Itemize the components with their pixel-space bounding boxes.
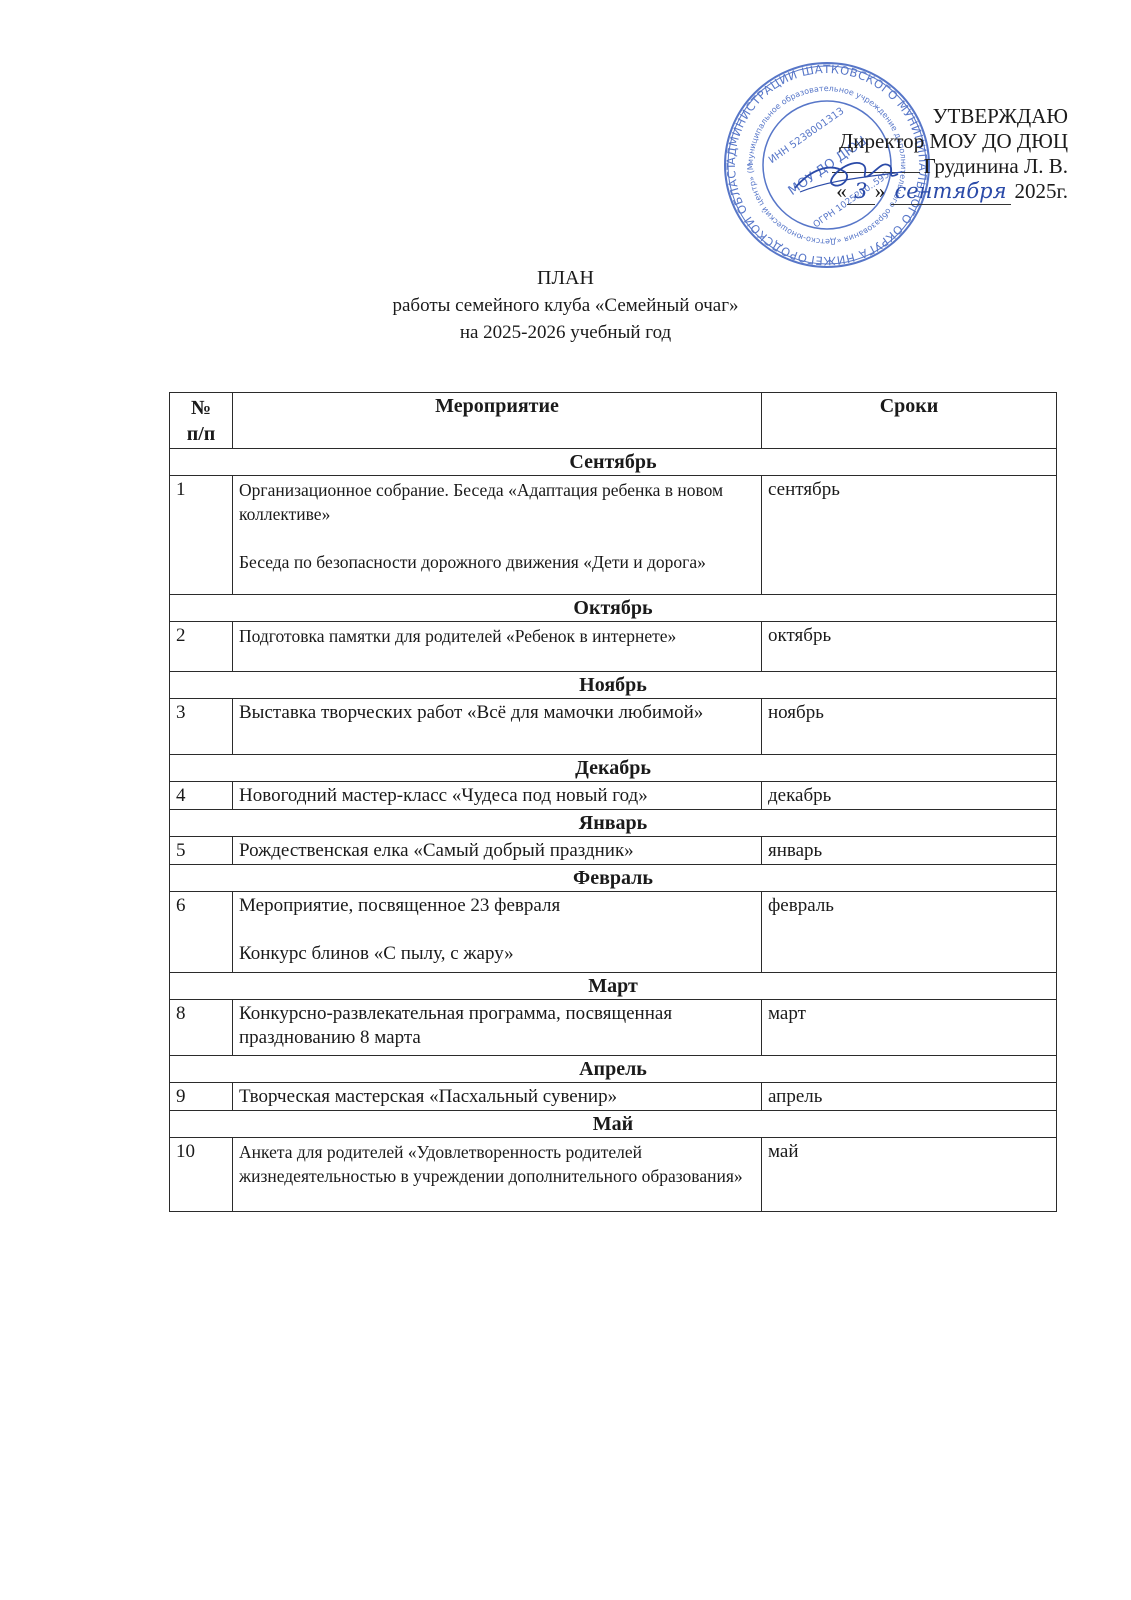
event-line: Подготовка памятки для родителей «Ребено… bbox=[239, 624, 755, 648]
event-line: Рождественская елка «Самый добрый праздн… bbox=[239, 839, 755, 863]
event-line: Выставка творческих работ «Всё для мамоч… bbox=[239, 701, 755, 725]
row-number: 1 bbox=[170, 476, 233, 595]
row-due: октябрь bbox=[762, 622, 1057, 672]
month-label: Февраль bbox=[170, 865, 1057, 892]
date-year: 2025г. bbox=[1015, 179, 1069, 203]
row-number: 9 bbox=[170, 1083, 233, 1111]
month-row: Апрель bbox=[170, 1056, 1057, 1083]
month-label: Ноябрь bbox=[170, 672, 1057, 699]
month-label: Май bbox=[170, 1111, 1057, 1138]
approval-heading: УТВЕРЖДАЮ bbox=[832, 104, 1068, 129]
table-header-row: № п/п Мероприятие Сроки bbox=[170, 393, 1057, 449]
row-number: 3 bbox=[170, 699, 233, 755]
row-due: март bbox=[762, 1000, 1057, 1056]
month-row: Февраль bbox=[170, 865, 1057, 892]
row-event: Анкета для родителей «Удовлетворенность … bbox=[233, 1138, 762, 1212]
event-line: Конкурсно-развлекательная программа, пос… bbox=[239, 1002, 755, 1050]
table-row: 10 Анкета для родителей «Удовлетвореннос… bbox=[170, 1138, 1057, 1212]
row-event: Рождественская елка «Самый добрый праздн… bbox=[233, 837, 762, 865]
row-event: Новогодний мастер-класс «Чудеса под новы… bbox=[233, 782, 762, 810]
row-number: 5 bbox=[170, 837, 233, 865]
row-event: Творческая мастерская «Пасхальный сувени… bbox=[233, 1083, 762, 1111]
plan-table: № п/п Мероприятие Сроки Сентябрь 1 Орган… bbox=[169, 392, 1057, 1212]
event-line: Новогодний мастер-класс «Чудеса под новы… bbox=[239, 784, 755, 808]
month-row: Январь bbox=[170, 810, 1057, 837]
header-event: Мероприятие bbox=[233, 393, 762, 449]
row-event: Мероприятие, посвященное 23 февраля Конк… bbox=[233, 892, 762, 973]
event-line: Творческая мастерская «Пасхальный сувени… bbox=[239, 1085, 755, 1109]
table-row: 8 Конкурсно-развлекательная программа, п… bbox=[170, 1000, 1057, 1056]
header-number-abbr: п/п bbox=[176, 421, 226, 447]
table-row: 4 Новогодний мастер-класс «Чудеса под но… bbox=[170, 782, 1057, 810]
event-line: Анкета для родителей «Удовлетворенность … bbox=[239, 1140, 755, 1188]
month-label: Январь bbox=[170, 810, 1057, 837]
approval-name: Грудинина Л. В. bbox=[924, 154, 1068, 178]
title-subject: работы семейного клуба «Семейный очаг» bbox=[0, 292, 1131, 319]
title-period: на 2025-2026 учебный год bbox=[0, 319, 1131, 346]
row-due: декабрь bbox=[762, 782, 1057, 810]
header-due: Сроки bbox=[762, 393, 1057, 449]
row-event: Подготовка памятки для родителей «Ребено… bbox=[233, 622, 762, 672]
table-row: 1 Организационное собрание. Беседа «Адап… bbox=[170, 476, 1057, 595]
row-event: Выставка творческих работ «Всё для мамоч… bbox=[233, 699, 762, 755]
month-row: Март bbox=[170, 973, 1057, 1000]
document-title: ПЛАН работы семейного клуба «Семейный оч… bbox=[0, 265, 1131, 346]
row-due: январь bbox=[762, 837, 1057, 865]
event-line: Организационное собрание. Беседа «Адапта… bbox=[239, 478, 755, 526]
row-due: апрель bbox=[762, 1083, 1057, 1111]
month-row: Ноябрь bbox=[170, 672, 1057, 699]
event-line: Мероприятие, посвященное 23 февраля bbox=[239, 894, 755, 918]
row-due: ноябрь bbox=[762, 699, 1057, 755]
row-number: 8 bbox=[170, 1000, 233, 1056]
month-row: Сентябрь bbox=[170, 449, 1057, 476]
event-line: Конкурс блинов «С пылу, с жару» bbox=[239, 942, 755, 966]
table-row: 3 Выставка творческих работ «Всё для мам… bbox=[170, 699, 1057, 755]
table-row: 5 Рождественская елка «Самый добрый праз… bbox=[170, 837, 1057, 865]
title-plan: ПЛАН bbox=[0, 265, 1131, 292]
month-label: Март bbox=[170, 973, 1057, 1000]
event-line: Беседа по безопасности дорожного движени… bbox=[239, 550, 755, 574]
header-number-sign: № bbox=[176, 395, 226, 421]
month-label: Сентябрь bbox=[170, 449, 1057, 476]
table-row: 2 Подготовка памятки для родителей «Ребе… bbox=[170, 622, 1057, 672]
header-number: № п/п bbox=[170, 393, 233, 449]
month-row: Май bbox=[170, 1111, 1057, 1138]
row-number: 6 bbox=[170, 892, 233, 973]
month-label: Декабрь bbox=[170, 755, 1057, 782]
month-row: Декабрь bbox=[170, 755, 1057, 782]
signature-scribble bbox=[790, 150, 910, 200]
month-label: Октябрь bbox=[170, 595, 1057, 622]
row-due: сентябрь bbox=[762, 476, 1057, 595]
row-due: февраль bbox=[762, 892, 1057, 973]
table-row: 6 Мероприятие, посвященное 23 февраля Ко… bbox=[170, 892, 1057, 973]
row-event: Конкурсно-развлекательная программа, пос… bbox=[233, 1000, 762, 1056]
row-number: 2 bbox=[170, 622, 233, 672]
row-due: май bbox=[762, 1138, 1057, 1212]
row-number: 4 bbox=[170, 782, 233, 810]
table-row: 9 Творческая мастерская «Пасхальный суве… bbox=[170, 1083, 1057, 1111]
row-number: 10 bbox=[170, 1138, 233, 1212]
month-row: Октябрь bbox=[170, 595, 1057, 622]
month-label: Апрель bbox=[170, 1056, 1057, 1083]
row-event: Организационное собрание. Беседа «Адапта… bbox=[233, 476, 762, 595]
